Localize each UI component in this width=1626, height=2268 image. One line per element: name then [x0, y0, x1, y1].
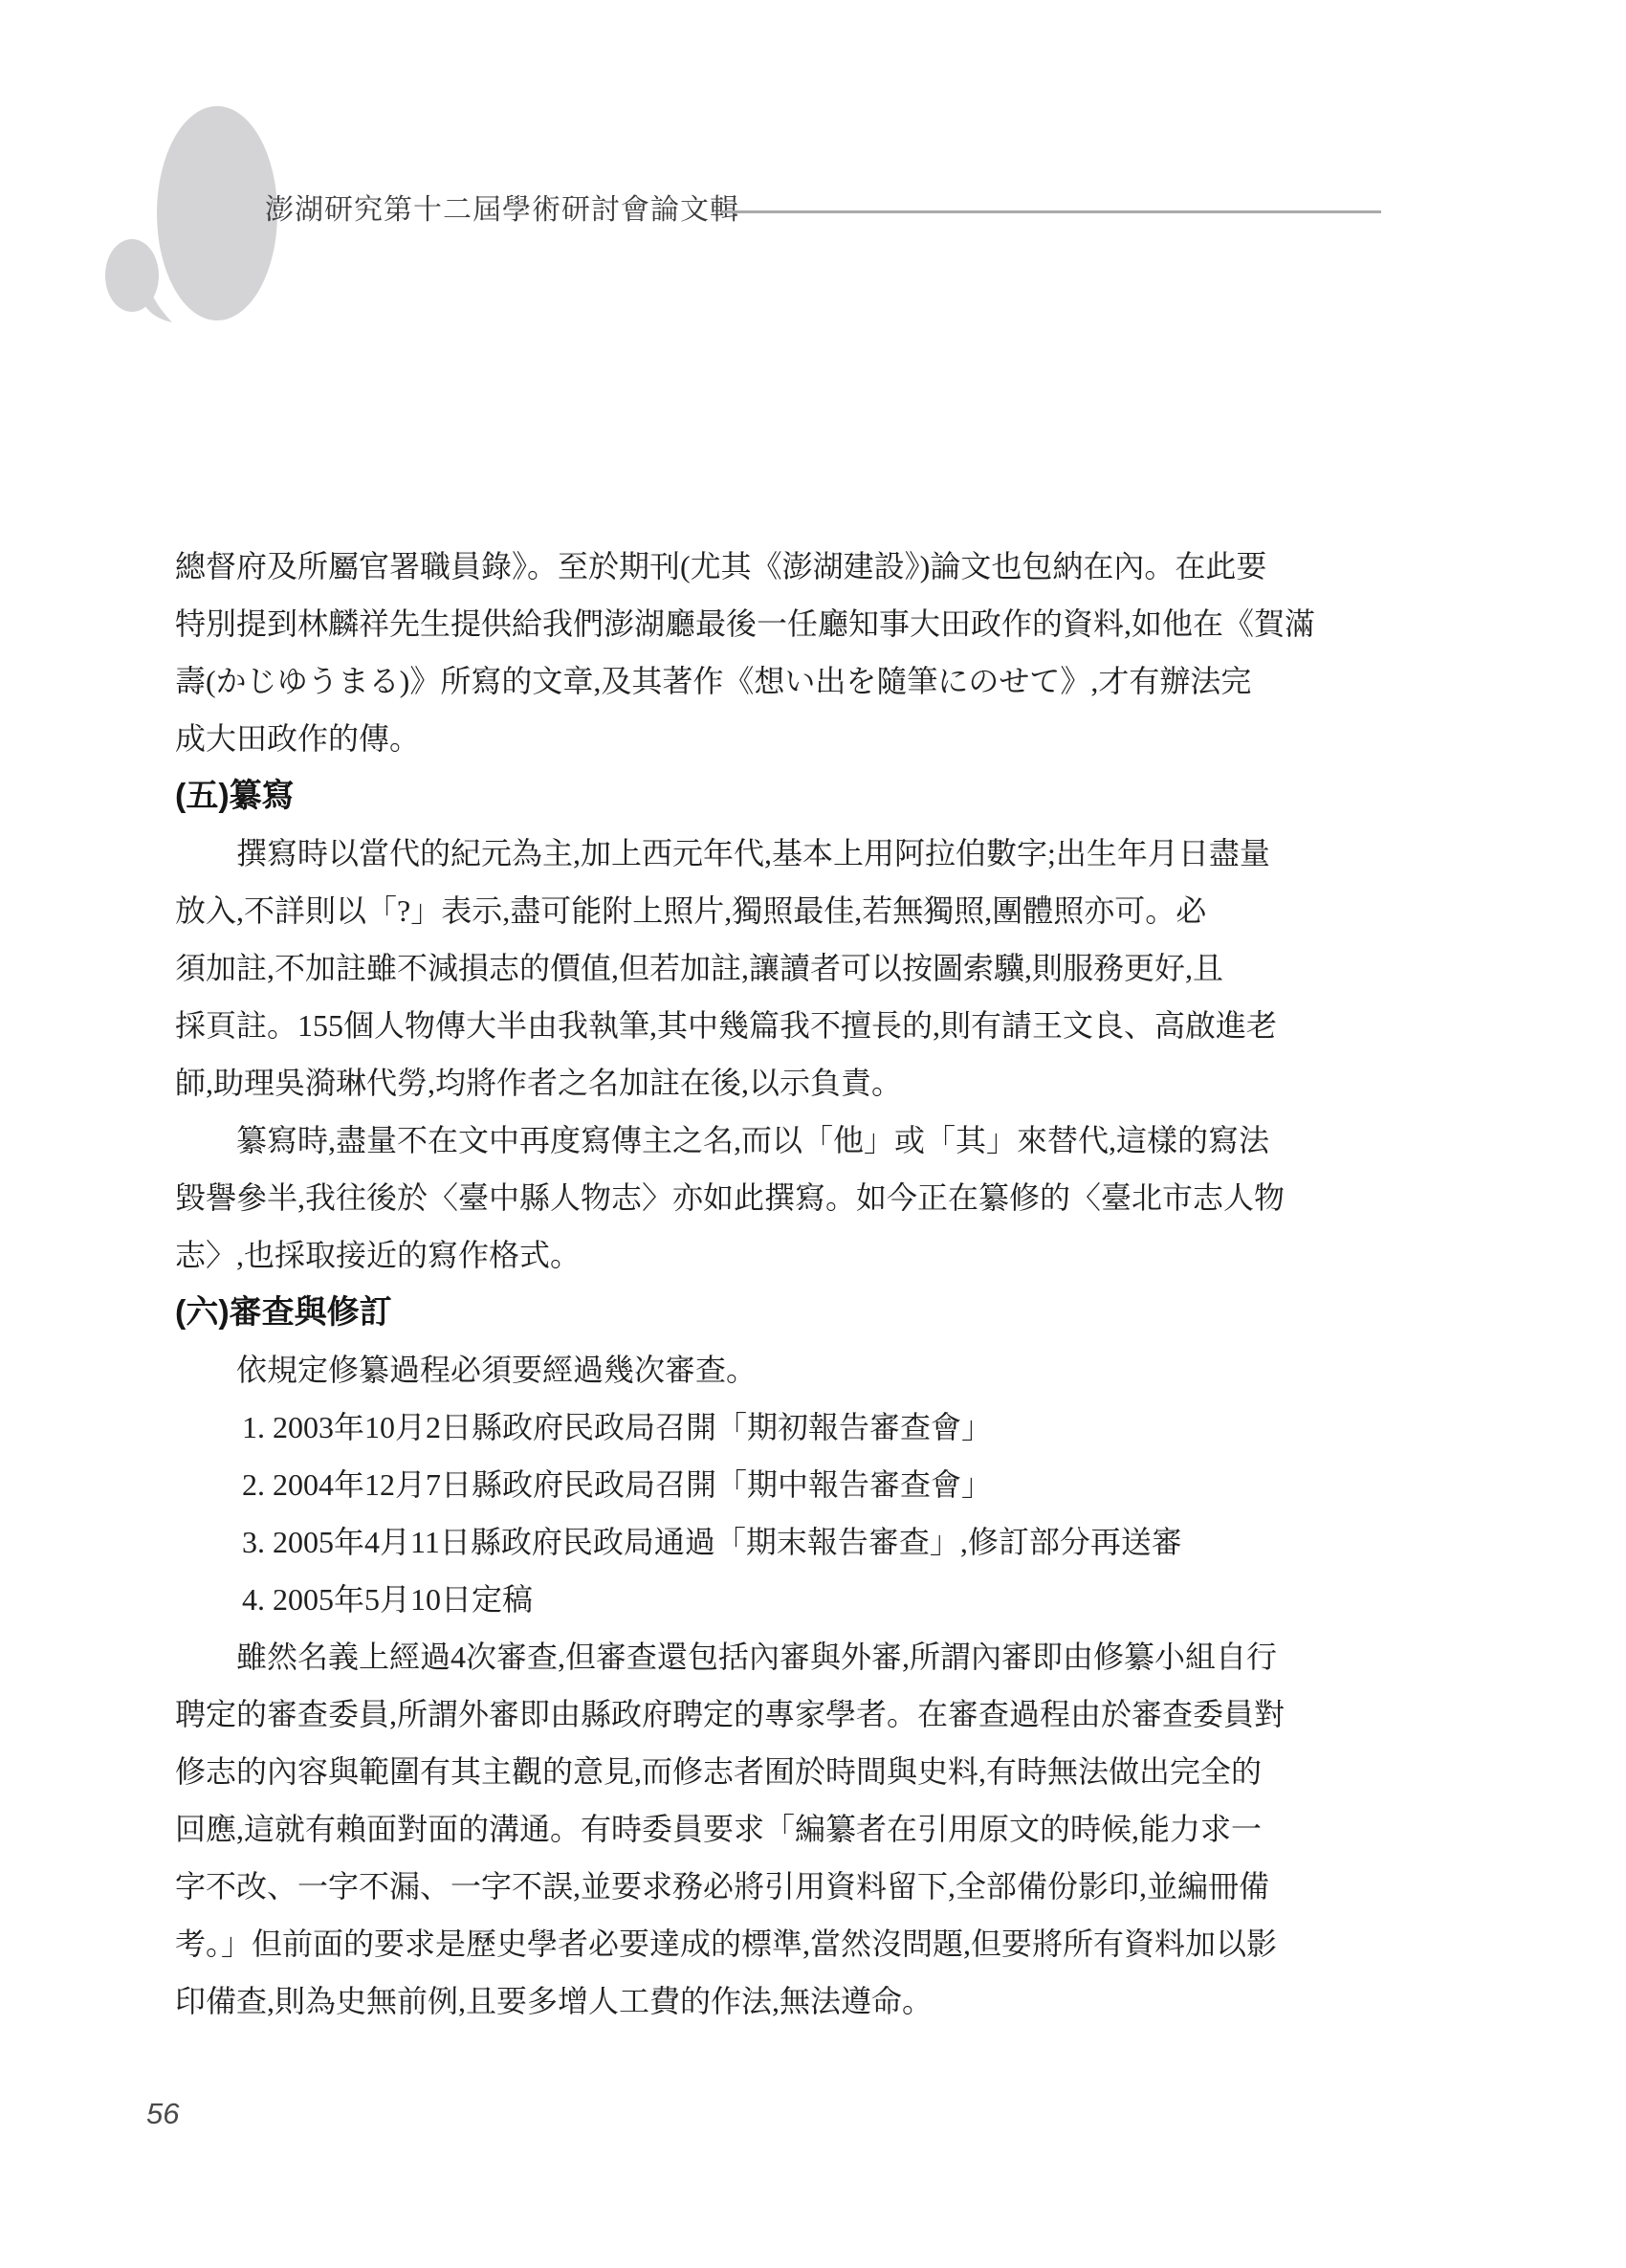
text-line: 撰寫時以當代的紀元為主,加上西元年代,基本上用阿拉伯數字;出生年月日盡量 — [175, 825, 1337, 882]
section-heading: (五)纂寫 — [175, 767, 1337, 825]
text-line: 放入,不詳則以「?」表示,盡可能附上照片,獨照最佳,若無獨照,團體照亦可。必 — [175, 882, 1337, 939]
text-line: 考。」但前面的要求是歷史學者必要達成的標準,當然沒問題,但要將所有資料加以影 — [175, 1915, 1337, 1972]
text-line: 毀譽參半,我往後於〈臺中縣人物志〉亦如此撰寫。如今正在纂修的〈臺北市志人物 — [175, 1169, 1337, 1226]
list-item: 4. 2005年5月10日定稿 — [175, 1571, 1337, 1628]
text-line: 採頁註。155個人物傳大半由我執筆,其中幾篇我不擅長的,則有請王文良、高啟進老 — [175, 997, 1337, 1054]
text-line: 壽(かじゆうまる)》所寫的文章,及其著作《想い出を隨筆にのせて》,才有辦法完 — [175, 652, 1337, 710]
text-line: 字不改、一字不漏、一字不誤,並要求務必將引用資料留下,全部備份影印,並編冊備 — [175, 1858, 1337, 1915]
scanned-page: { "header": { "book_title": "澎湖研究第十二屆學術研… — [0, 0, 1626, 2268]
article-body: 總督府及所屬官署職員錄》。至於期刊(尤其《澎湖建設》)論文也包納在內。在此要 特… — [175, 538, 1337, 2030]
text-line: 須加註,不加註雖不減損志的價值,但若加註,讓讀者可以按圖索驥,則服務更好,且 — [175, 939, 1337, 997]
page-number: 56 — [146, 2097, 179, 2131]
text-line: 師,助理吳漪琳代勞,均將作者之名加註在後,以示負責。 — [175, 1054, 1337, 1112]
list-item: 2. 2004年12月7日縣政府民政局召開「期中報告審查會」 — [175, 1456, 1337, 1513]
text-line: 纂寫時,盡量不在文中再度寫傳主之名,而以「他」或「其」來替代,這樣的寫法 — [175, 1112, 1337, 1169]
text-line: 成大田政作的傳。 — [175, 710, 1337, 767]
text-line: 印備查,則為史無前例,且要多增人工費的作法,無法遵命。 — [175, 1972, 1337, 2030]
running-header-title: 澎湖研究第十二屆學術研討會論文輯 — [265, 191, 739, 230]
text-line: 志〉,也採取接近的寫作格式。 — [175, 1226, 1337, 1284]
list-item: 3. 2005年4月11日縣政府民政局通過「期末報告審查」,修訂部分再送審 — [175, 1513, 1337, 1571]
list-item: 1. 2003年10月2日縣政府民政局召開「期初報告審查會」 — [175, 1398, 1337, 1456]
text-line: 特別提到林麟祥先生提供給我們澎湖廳最後一任廳知事大田政作的資料,如他在《賀滿 — [175, 595, 1337, 652]
speech-bubble-logo-icon — [96, 103, 287, 328]
text-line: 雖然名義上經過4次審查,但審查還包括內審與外審,所謂內審即由修纂小組自行 — [175, 1628, 1337, 1685]
section-heading: (六)審查與修訂 — [175, 1284, 1337, 1341]
text-line: 聘定的審查委員,所謂外審即由縣政府聘定的專家學者。在審查過程由於審查委員對 — [175, 1685, 1337, 1743]
text-line: 依規定修纂過程必須要經過幾次審查。 — [175, 1341, 1337, 1398]
text-line: 修志的內容與範圍有其主觀的意見,而修志者囿於時間與史料,有時無法做出完全的 — [175, 1743, 1337, 1800]
text-line: 回應,這就有賴面對面的溝通。有時委員要求「編纂者在引用原文的時候,能力求一 — [175, 1800, 1337, 1858]
text-line: 總督府及所屬官署職員錄》。至於期刊(尤其《澎湖建設》)論文也包納在內。在此要 — [175, 538, 1337, 595]
header-rule-line — [721, 210, 1381, 213]
